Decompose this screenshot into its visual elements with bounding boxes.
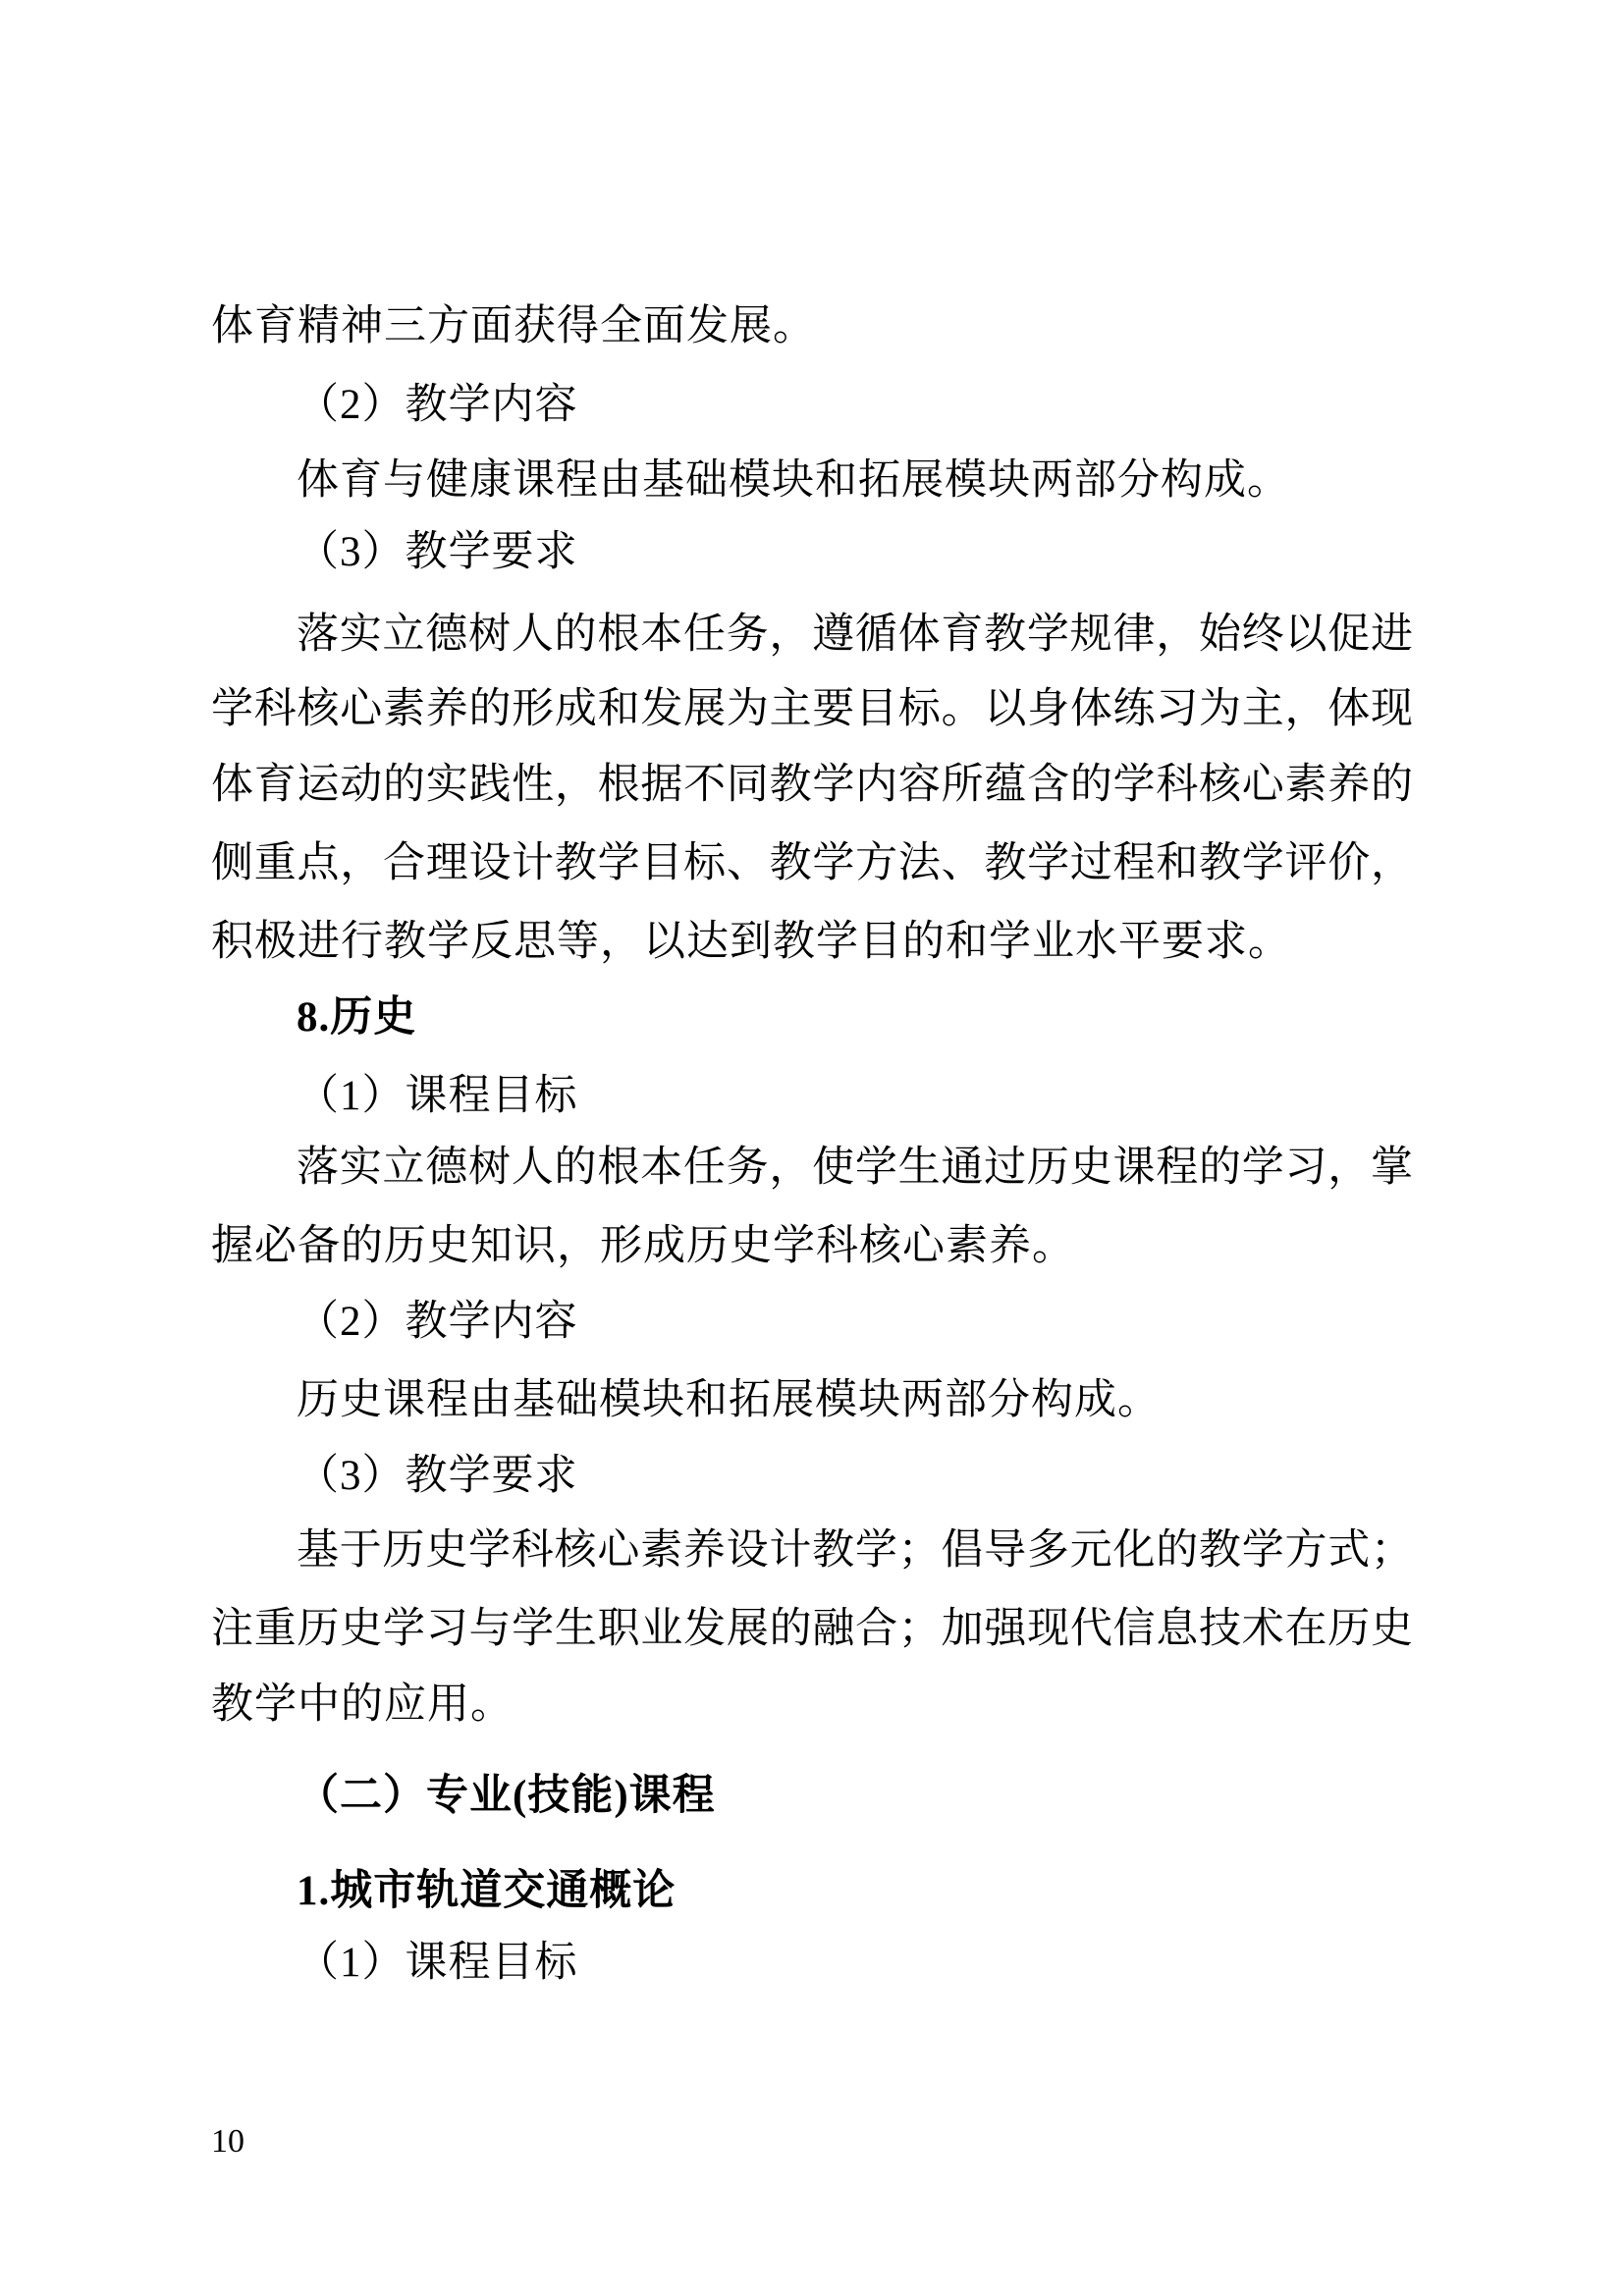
numbered-item-line: （1）课程目标 bbox=[211, 1925, 1413, 2002]
paragraph-line: 落实立德树人的根本任务，使学生通过历史课程的学习，掌 bbox=[211, 1130, 1413, 1206]
numbered-item-line: （2）教学内容 bbox=[211, 367, 1413, 444]
page-number: 10 bbox=[211, 2120, 244, 2163]
section-heading-specialized-courses: （二）专业(技能)课程 bbox=[211, 1758, 1413, 1835]
numbered-item-line: （3）教学要求 bbox=[211, 1438, 1413, 1515]
numbered-item-line: （1）课程目标 bbox=[211, 1058, 1413, 1135]
paragraph-line: 体育与健康课程由基础模块和拓展模块两部分构成。 bbox=[211, 443, 1413, 519]
document-page: 体育精神三方面获得全面发展。 （2）教学内容 体育与健康课程由基础模块和拓展模块… bbox=[0, 0, 1624, 2296]
paragraph-line: 积极进行教学反思等，以达到教学目的和学业水平要求。 bbox=[211, 904, 1413, 981]
paragraph-line: 历史课程由基础模块和拓展模块两部分构成。 bbox=[211, 1362, 1413, 1439]
paragraph-line: 教学中的应用。 bbox=[211, 1667, 1413, 1743]
section-heading-history: 8.历史 bbox=[211, 980, 1413, 1056]
paragraph-line: 注重历史学习与学生职业发展的融合；加强现代信息技术在历史 bbox=[211, 1591, 1413, 1668]
paragraph-line: 基于历史学科核心素养设计教学；倡导多元化的教学方式； bbox=[211, 1513, 1413, 1589]
numbered-item-line: （3）教学要求 bbox=[211, 514, 1413, 591]
numbered-item-line: （2）教学内容 bbox=[211, 1284, 1413, 1361]
paragraph-line: 体育精神三方面获得全面发展。 bbox=[211, 289, 1413, 365]
paragraph-line: 体育运动的实践性，根据不同教学内容所蕴含的学科核心素养的 bbox=[211, 747, 1413, 824]
paragraph-line: 学科核心素养的形成和发展为主要目标。以身体练习为主，体现 bbox=[211, 671, 1413, 748]
paragraph-line: 握必备的历史知识，形成历史学科核心素养。 bbox=[211, 1208, 1413, 1285]
paragraph-line: 落实立德树人的根本任务，遵循体育教学规律，始终以促进 bbox=[211, 597, 1413, 673]
paragraph-line: 侧重点，合理设计教学目标、教学方法、教学过程和教学评价， bbox=[211, 826, 1413, 902]
section-heading-urban-rail-transit-intro: 1.城市轨道交通概论 bbox=[211, 1853, 1413, 1930]
